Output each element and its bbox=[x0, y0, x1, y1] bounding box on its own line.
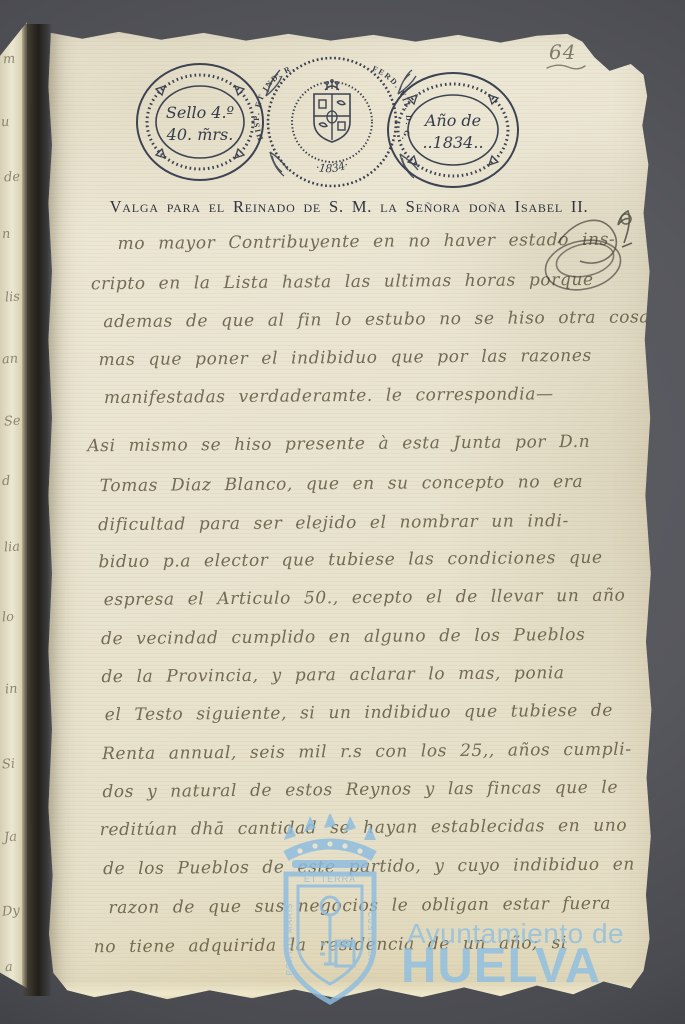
manuscript-line: cripto en la Lista hasta las ultimas hor… bbox=[91, 270, 594, 294]
manuscript-fragment: lia bbox=[3, 539, 20, 555]
manuscript-line: dificultad para ser elejido el nombrar u… bbox=[98, 511, 569, 535]
manuscript-fragment: Ja bbox=[3, 830, 17, 846]
manuscript-line: Renta annual, seis mil r.s con los 25,, … bbox=[102, 740, 632, 765]
manuscript-line: espresa el Articulo 50., ecepto el de ll… bbox=[104, 586, 626, 611]
manuscript-text: mo mayor Contribuyente en no haver estad… bbox=[42, 25, 656, 1004]
book-gutter bbox=[22, 24, 52, 996]
manuscript-line: mas que poner el indibiduo que por las r… bbox=[99, 346, 592, 370]
manuscript-fragment: Se bbox=[3, 413, 21, 429]
manuscript-fragment: m bbox=[2, 52, 15, 68]
manuscript-fragment: de bbox=[3, 169, 20, 185]
manuscript-fragment: lis bbox=[4, 289, 20, 305]
ink-rubric-stamp bbox=[538, 203, 668, 313]
manuscript-fragment: u bbox=[0, 115, 9, 131]
manuscript-fragment: Si bbox=[1, 757, 15, 773]
manuscript-line: Tomas Diaz Blanco, que en su concepto no… bbox=[100, 472, 584, 496]
manuscript-line: razon de que sus negocios le obligan est… bbox=[108, 894, 611, 918]
manuscript-fragment: Dy bbox=[1, 903, 20, 919]
manuscript-line: reditúan dhā cantidad se hayan estableci… bbox=[100, 816, 628, 841]
manuscript-line: no tiene adquirida la residencia de un a… bbox=[94, 933, 567, 957]
manuscript-line: dos y natural de estos Reynos y las finc… bbox=[102, 778, 618, 802]
manuscript-line: Asi mismo se hiso presente à esta Junta … bbox=[87, 432, 590, 456]
manuscript-fragment: an bbox=[1, 351, 18, 367]
manuscript-line: el Testo siguiente, si un indibiduo que … bbox=[105, 701, 613, 725]
manuscript-line: de la Provincia, y para aclarar lo mas, … bbox=[101, 663, 564, 687]
manuscript-fragment: d bbox=[1, 474, 10, 490]
document-page: 64 bbox=[46, 28, 652, 1002]
manuscript-line: de vecindad cumplido en alguno de los Pu… bbox=[101, 625, 586, 649]
manuscript-line: de los Pueblos de este partido, y cuyo i… bbox=[103, 855, 635, 880]
manuscript-fragment: in bbox=[4, 682, 18, 698]
archive-photo: m u de n lis an Se d lia lo in Si Ja Dy … bbox=[0, 0, 685, 1024]
manuscript-line: biduo p.a elector que tubiese las condic… bbox=[98, 548, 602, 572]
manuscript-fragment: a bbox=[4, 960, 13, 976]
manuscript-line: manifestadas verdaderamte. le correspond… bbox=[104, 384, 554, 408]
manuscript-fragment: lo bbox=[1, 610, 14, 626]
manuscript-fragment: n bbox=[1, 227, 10, 243]
